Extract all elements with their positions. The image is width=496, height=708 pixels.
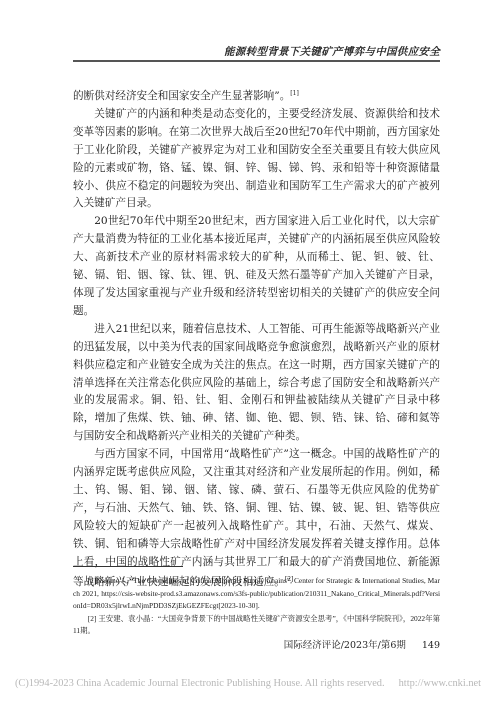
page-number: 149 <box>422 640 440 651</box>
footnote-separator <box>73 566 183 567</box>
copyright-watermark: (C)1994-2023 China Academic Journal Elec… <box>0 678 496 689</box>
paragraph: 20世纪70年代中期至20世纪末，西方国家进入后工业化时代，以大宗矿产大量消费为… <box>73 213 440 320</box>
footnotes: [1]Nakano J., “The Geopolitics of Critic… <box>73 575 440 638</box>
page-footer: 国际经济评论/2023年/第6期149 <box>73 637 440 651</box>
running-header-title: 能源转型背景下关键矿产博弈与中国供应安全 <box>73 44 440 59</box>
paragraph: 关键矿产的内涵和种类是动态变化的，主要受经济发展、资源供给和技术变革等因素的影响… <box>73 106 440 213</box>
header-rule <box>73 60 440 62</box>
body-text: 的断供对经济安全和国家安全产生显著影响”。[1] 关键矿产的内涵和种类是动态变化… <box>73 85 440 592</box>
journal-issue: 国际经济评论/2023年/第6期 <box>284 640 406 651</box>
paragraph-text: 与西方国家不同，中国常用“战略性矿产”这一概念。中国的战略性矿产的内涵界定既考虑… <box>73 448 440 588</box>
paragraph-text: 的断供对经济安全和国家安全产生显著影响”。 <box>73 90 290 102</box>
footnote: [2] 王安建、袁小晶：“大国竞争背景下的中国战略性关键矿产资源安全思考”，《中… <box>73 613 440 638</box>
paragraph-text: 关键矿产的内涵和种类是动态变化的，主要受经济发展、资源供给和技术变革等因素的影响… <box>73 108 440 210</box>
footnote: [1]Nakano J., “The Geopolitics of Critic… <box>73 575 440 613</box>
paragraph-text: 20世纪70年代中期至20世纪末，西方国家进入后工业化时代，以大宗矿产大量消费为… <box>73 215 440 317</box>
paragraph: 进入21世纪以来，随着信息技术、人工智能、可再生能源等战略新兴产业的迅猛发展，以… <box>73 321 440 446</box>
paragraph-text: 进入21世纪以来，随着信息技术、人工智能、可再生能源等战略新兴产业的迅猛发展，以… <box>73 323 440 442</box>
citation-ref[interactable]: [1] <box>290 90 299 97</box>
paragraph: 与西方国家不同，中国常用“战略性矿产”这一概念。中国的战略性矿产的内涵界定既考虑… <box>73 446 440 592</box>
cnki-link[interactable]: http://www.cnki.net <box>399 678 481 689</box>
copyright-text: (C)1994-2023 China Academic Journal Elec… <box>15 678 385 689</box>
paragraph: 的断供对经济安全和国家安全产生显著影响”。[1] <box>73 85 440 106</box>
